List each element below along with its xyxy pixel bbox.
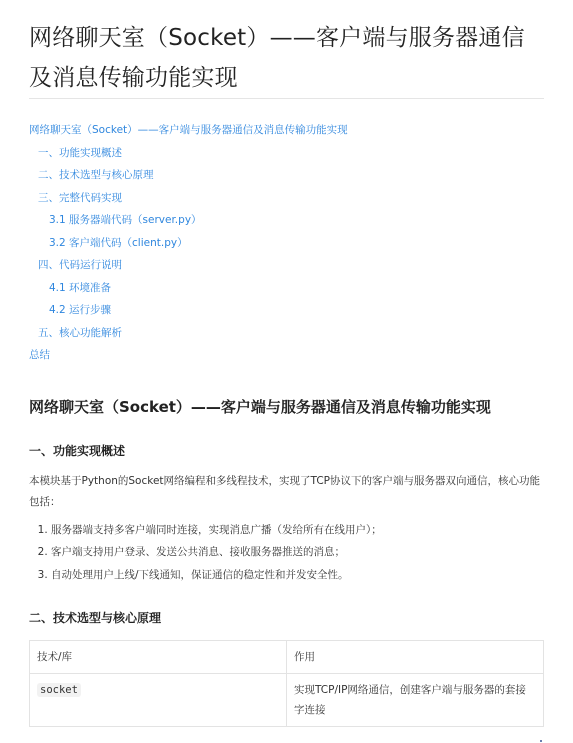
feature-list: 服务器端支持多客户端同时连接，实现消息广播（发给所有在线用户）； 客户端支持用户…	[29, 519, 544, 587]
list-item: 客户端支持用户登录、发送公共消息、接收服务器推送的消息；	[51, 541, 544, 564]
cell-tech: socket	[30, 674, 287, 727]
document-page: 网络聊天室（Socket）——客户端与服务器通信及消息传输功能实现 网络聊天室（…	[0, 0, 573, 727]
cell-purpose: 实现TCP/IP网络通信，创建客户端与服务器的套接字连接	[287, 674, 544, 727]
page-indicator-dot	[540, 740, 542, 742]
toc-item-env[interactable]: 4.1 环境准备	[29, 277, 544, 300]
table-header-row: 技术/库 作用	[30, 641, 544, 674]
overview-heading: 一、功能实现概述	[29, 441, 544, 461]
table-row: socket 实现TCP/IP网络通信，创建客户端与服务器的套接字连接	[30, 674, 544, 727]
toc-item-overview[interactable]: 一、功能实现概述	[29, 142, 544, 165]
toc-item-summary[interactable]: 总结	[29, 344, 544, 367]
overview-intro: 本模块基于Python的Socket网络编程和多线程技术，实现了TCP协议下的客…	[29, 471, 544, 513]
list-item: 服务器端支持多客户端同时连接，实现消息广播（发给所有在线用户）；	[51, 519, 544, 542]
toc-item-analysis[interactable]: 五、核心功能解析	[29, 322, 544, 345]
toc-item-tech[interactable]: 二、技术选型与核心原理	[29, 164, 544, 187]
toc-item-main[interactable]: 网络聊天室（Socket）——客户端与服务器通信及消息传输功能实现	[29, 119, 544, 142]
tech-table: 技术/库 作用 socket 实现TCP/IP网络通信，创建客户端与服务器的套接…	[29, 640, 544, 727]
toc-item-server-code[interactable]: 3.1 服务器端代码（server.py）	[29, 209, 544, 232]
toc-item-steps[interactable]: 4.2 运行步骤	[29, 299, 544, 322]
table-of-contents: 网络聊天室（Socket）——客户端与服务器通信及消息传输功能实现 一、功能实现…	[29, 119, 544, 367]
inline-code: socket	[37, 683, 81, 697]
toc-item-run[interactable]: 四、代码运行说明	[29, 254, 544, 277]
column-header-tech: 技术/库	[30, 641, 287, 674]
toc-item-client-code[interactable]: 3.2 客户端代码（client.py）	[29, 232, 544, 255]
list-item: 自动处理用户上线/下线通知，保证通信的稳定性和并发安全性。	[51, 564, 544, 587]
document-title: 网络聊天室（Socket）——客户端与服务器通信及消息传输功能实现	[29, 0, 544, 99]
column-header-purpose: 作用	[287, 641, 544, 674]
tech-heading: 二、技术选型与核心原理	[29, 608, 544, 628]
section-title: 网络聊天室（Socket）——客户端与服务器通信及消息传输功能实现	[29, 395, 544, 419]
toc-item-code[interactable]: 三、完整代码实现	[29, 187, 544, 210]
